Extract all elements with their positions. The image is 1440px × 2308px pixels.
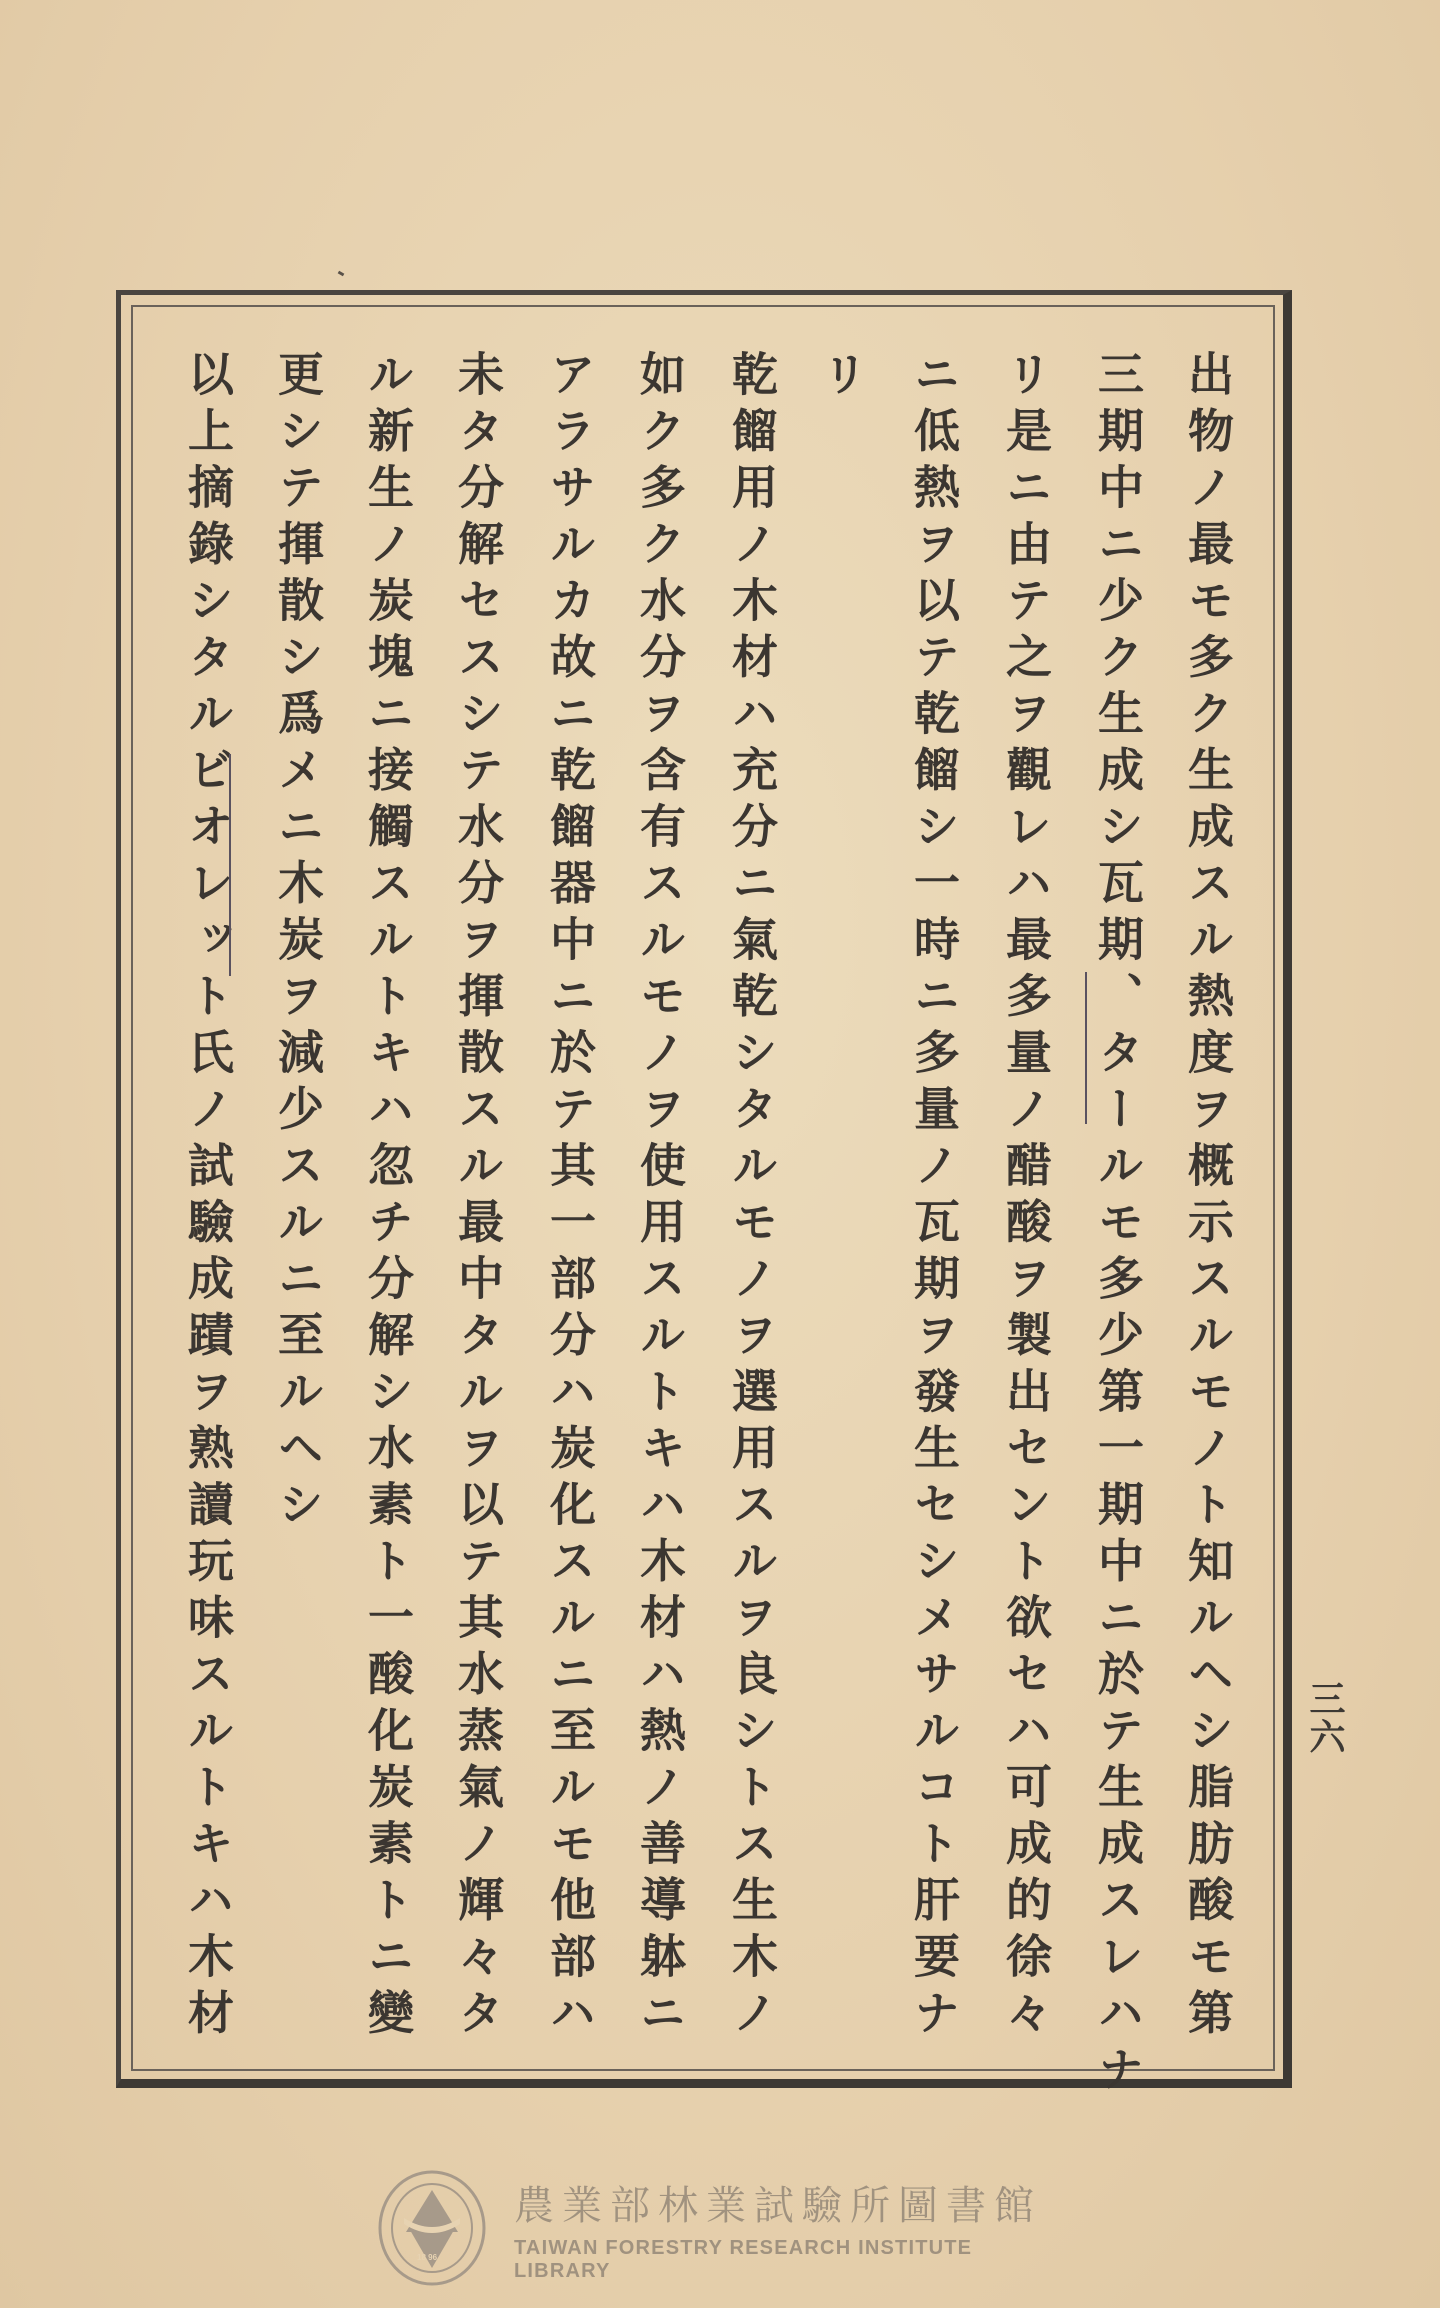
text-column-2: 三期中ニ少ク生成シ瓦期、タールモ多少第一期中ニ於テ生成スレハナ [1090, 350, 1146, 2102]
text-column-9: 未タ分解セスシテ水分ヲ揮散スル最中タルヲ以テ其水蒸氣ノ輝々タ [450, 350, 506, 2045]
text-column-7: 如ク多ク水分ヲ含有スルモノヲ使用スルトキハ木材ハ熱ノ善導躰ニ [632, 350, 688, 2045]
library-name-chinese: 農業部林業試驗所圖書館 [514, 2174, 1072, 2231]
text-column-6: 乾餾用ノ木材ハ充分ニ氣乾シタルモノヲ選用スルヲ良シトス生木ノ [724, 350, 780, 2045]
proper-noun-sideline-tar [1085, 972, 1087, 1124]
text-column-4: ニ低熱ヲ以テ乾餾シ一時ニ多量ノ瓦期ヲ發生セシメサルコト肝要ナ [906, 350, 962, 2045]
institute-logo-icon: 18 96 [372, 2168, 492, 2288]
text-column-3: リ是ニ由テ之ヲ觀レハ最多量ノ醋酸ヲ製出セント欲セハ可成的徐々 [998, 350, 1054, 2045]
library-name-english: TAIWAN FORESTRY RESEARCH INSTITUTE LIBRA… [514, 2237, 1072, 2283]
text-column-5: リ [814, 350, 870, 407]
text-column-8: アラサルカ故ニ乾餾器中ニ於テ其一部分ハ炭化スルニ至ルモ他部ハ [542, 350, 598, 2045]
svg-text:18 96: 18 96 [417, 2253, 438, 2262]
library-watermark: 18 96 農業部林業試驗所圖書館 TAIWAN FORESTRY RESEAR… [372, 2168, 1072, 2288]
paper-speck [338, 271, 345, 277]
text-column-10: ル新生ノ炭塊ニ接觸スルトキハ忽チ分解シ水素ト一酸化炭素トニ變 [360, 350, 416, 2045]
proper-noun-sideline-violette [229, 754, 231, 976]
text-column-12: 以上摘錄シタルビオレット氏ノ試驗成蹟ヲ熟讀玩味スルトキハ木材 [180, 350, 236, 2045]
page-number: 三六 [1300, 1680, 1351, 1756]
text-column-1: 出物ノ最モ多ク生成スル熱度ヲ概示スルモノト知ルヘシ脂肪酸モ第 [1180, 350, 1236, 2045]
text-column-11: 更シテ揮散シ爲メニ木炭ヲ減少スルニ至ルヘシ [270, 350, 326, 1537]
